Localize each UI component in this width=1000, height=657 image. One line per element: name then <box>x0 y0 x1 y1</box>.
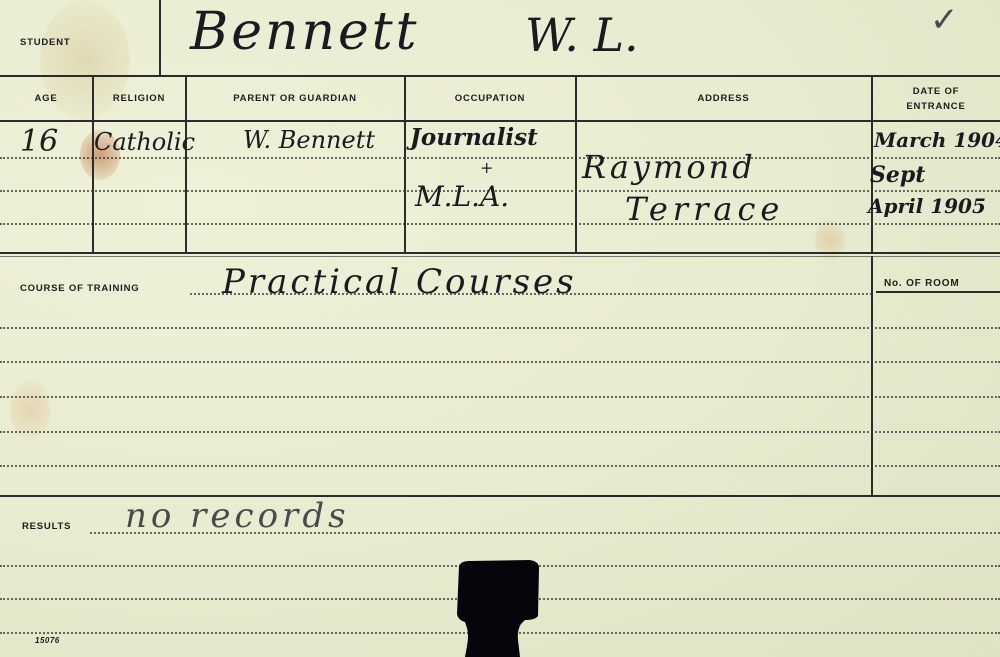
divider <box>159 0 161 77</box>
ruled-line <box>0 361 1000 363</box>
age-header: AGE <box>0 76 92 121</box>
ruled-line <box>0 396 1000 398</box>
address-value-line2: Terrace <box>625 190 784 228</box>
ruled-line <box>0 431 1000 433</box>
divider <box>876 291 1000 293</box>
parent-guardian-value: W. Bennett <box>243 126 375 154</box>
divider <box>0 256 1000 257</box>
age-value: 16 <box>20 124 58 159</box>
column-divider <box>871 256 873 496</box>
parent-guardian-header: PARENT OR GUARDIAN <box>186 76 404 121</box>
course-of-training-label: COURSE OF TRAINING <box>20 283 139 294</box>
student-name: Bennett <box>190 2 420 62</box>
ruled-line <box>0 157 1000 159</box>
date-value-line1: March 1904 <box>874 128 1000 152</box>
no-of-room-label: No. OF ROOM <box>884 278 959 289</box>
occupation-value-line3: M.L.A. <box>415 180 509 213</box>
results-label: RESULTS <box>22 521 71 532</box>
catalog-number: 15076 <box>35 636 60 645</box>
date-of-entrance-header: DATE OF ENTRANCE <box>900 76 972 121</box>
occupation-value-line1: Journalist <box>410 124 538 151</box>
religion-header: RELIGION <box>93 76 185 121</box>
ruled-line <box>0 327 1000 329</box>
student-initials: W. L. <box>525 8 639 62</box>
ruled-line <box>0 223 1000 225</box>
address-header: ADDRESS <box>576 76 871 121</box>
student-label: STUDENT <box>20 37 70 48</box>
paper-stain <box>815 220 845 260</box>
ruled-line <box>0 465 1000 467</box>
occupation-header: OCCUPATION <box>405 76 575 121</box>
ruled-line <box>190 293 872 295</box>
results-value: no records <box>125 496 350 536</box>
date-value-line3: April 1905 <box>868 194 986 218</box>
religion-value: Catholic <box>94 128 195 156</box>
date-value-line2: Sept <box>870 162 925 188</box>
occupation-value-line2: + <box>480 158 493 177</box>
check-mark-icon: ✓ <box>930 0 959 40</box>
redaction-silhouette <box>455 560 541 657</box>
course-of-training-value: Practical Courses <box>222 262 577 302</box>
student-record-card: STUDENT Bennett W. L. ✓ AGE RELIGION PAR… <box>0 0 1000 657</box>
address-value-line1: Raymond <box>582 148 756 186</box>
divider <box>0 252 1000 254</box>
